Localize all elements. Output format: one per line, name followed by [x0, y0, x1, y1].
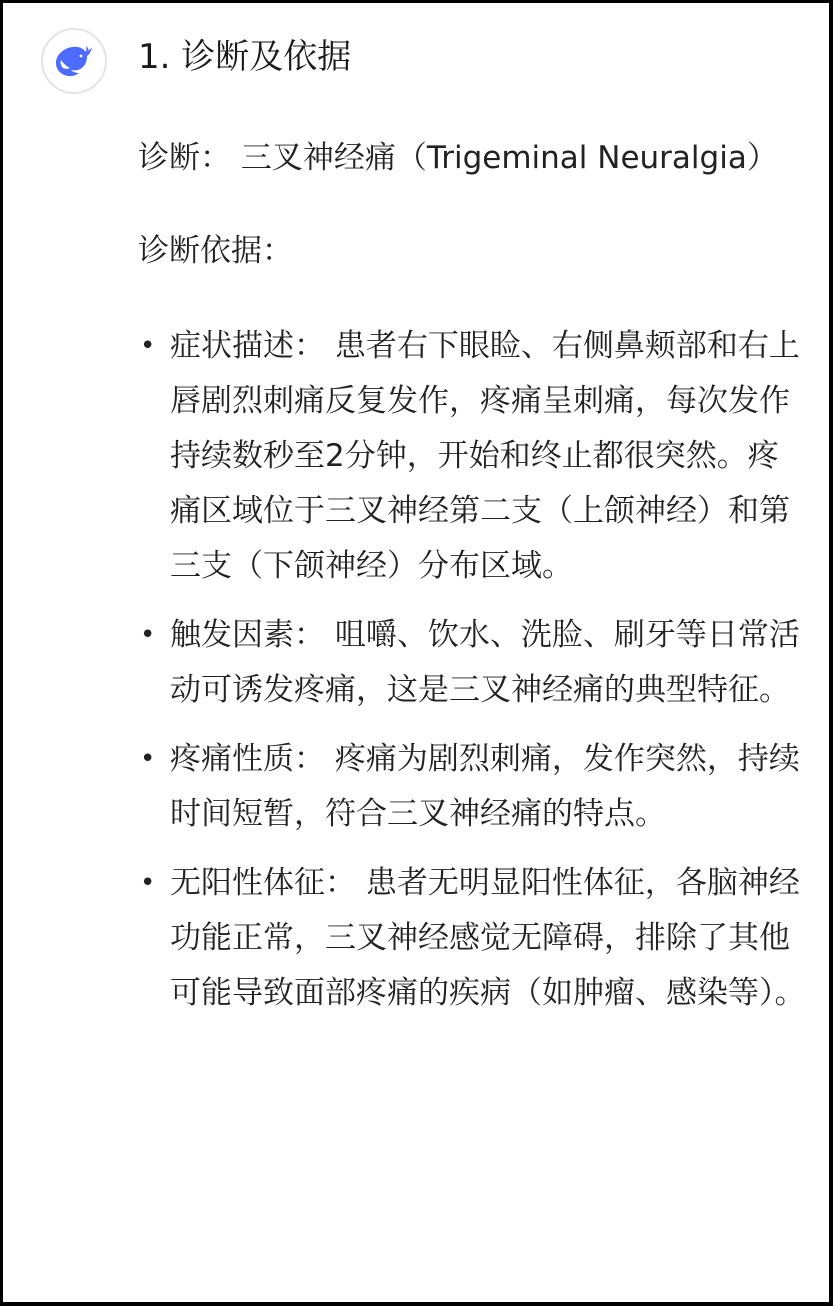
bullet-icon: •	[140, 732, 155, 787]
chat-message-frame: 1. 诊断及依据 诊断： 三叉神经痛（Trigeminal Neuralgia）…	[3, 3, 829, 1302]
list-item: • 症状描述： 患者右下眼睑、右侧鼻颊部和右上唇剧烈刺痛反复发作，疼痛呈刺痛，每…	[138, 319, 808, 594]
item-label: 触发因素：	[170, 617, 325, 653]
section-heading: 1. 诊断及依据	[138, 31, 808, 83]
list-item: • 触发因素： 咀嚼、饮水、洗脸、刷牙等日常活动可诱发疼痛，这是三叉神经痛的典型…	[138, 608, 808, 718]
assistant-avatar	[41, 28, 107, 94]
item-label: 疼痛性质：	[170, 741, 325, 777]
basis-label: 诊断依据：	[138, 224, 808, 279]
message-content: 1. 诊断及依据 诊断： 三叉神经痛（Trigeminal Neuralgia）…	[138, 31, 808, 1035]
diagnosis-text: 诊断： 三叉神经痛（Trigeminal Neuralgia）	[138, 131, 808, 186]
bullet-icon: •	[140, 856, 155, 911]
list-item: • 无阳性体征： 患者无明显阳性体征，各脑神经功能正常，三叉神经感觉无障碍，排除…	[138, 856, 808, 1021]
bullet-icon: •	[140, 319, 155, 374]
list-item: • 疼痛性质： 疼痛为剧烈刺痛，发作突然，持续时间短暂，符合三叉神经痛的特点。	[138, 732, 808, 842]
basis-list: • 症状描述： 患者右下眼睑、右侧鼻颊部和右上唇剧烈刺痛反复发作，疼痛呈刺痛，每…	[138, 319, 808, 1021]
item-text: 患者右下眼睑、右侧鼻颊部和右上唇剧烈刺痛反复发作，疼痛呈刺痛，每次发作持续数秒至…	[170, 328, 800, 584]
item-label: 症状描述：	[170, 328, 325, 364]
whale-logo-icon	[54, 44, 94, 78]
item-label: 无阳性体征：	[170, 865, 356, 901]
bullet-icon: •	[140, 608, 155, 663]
